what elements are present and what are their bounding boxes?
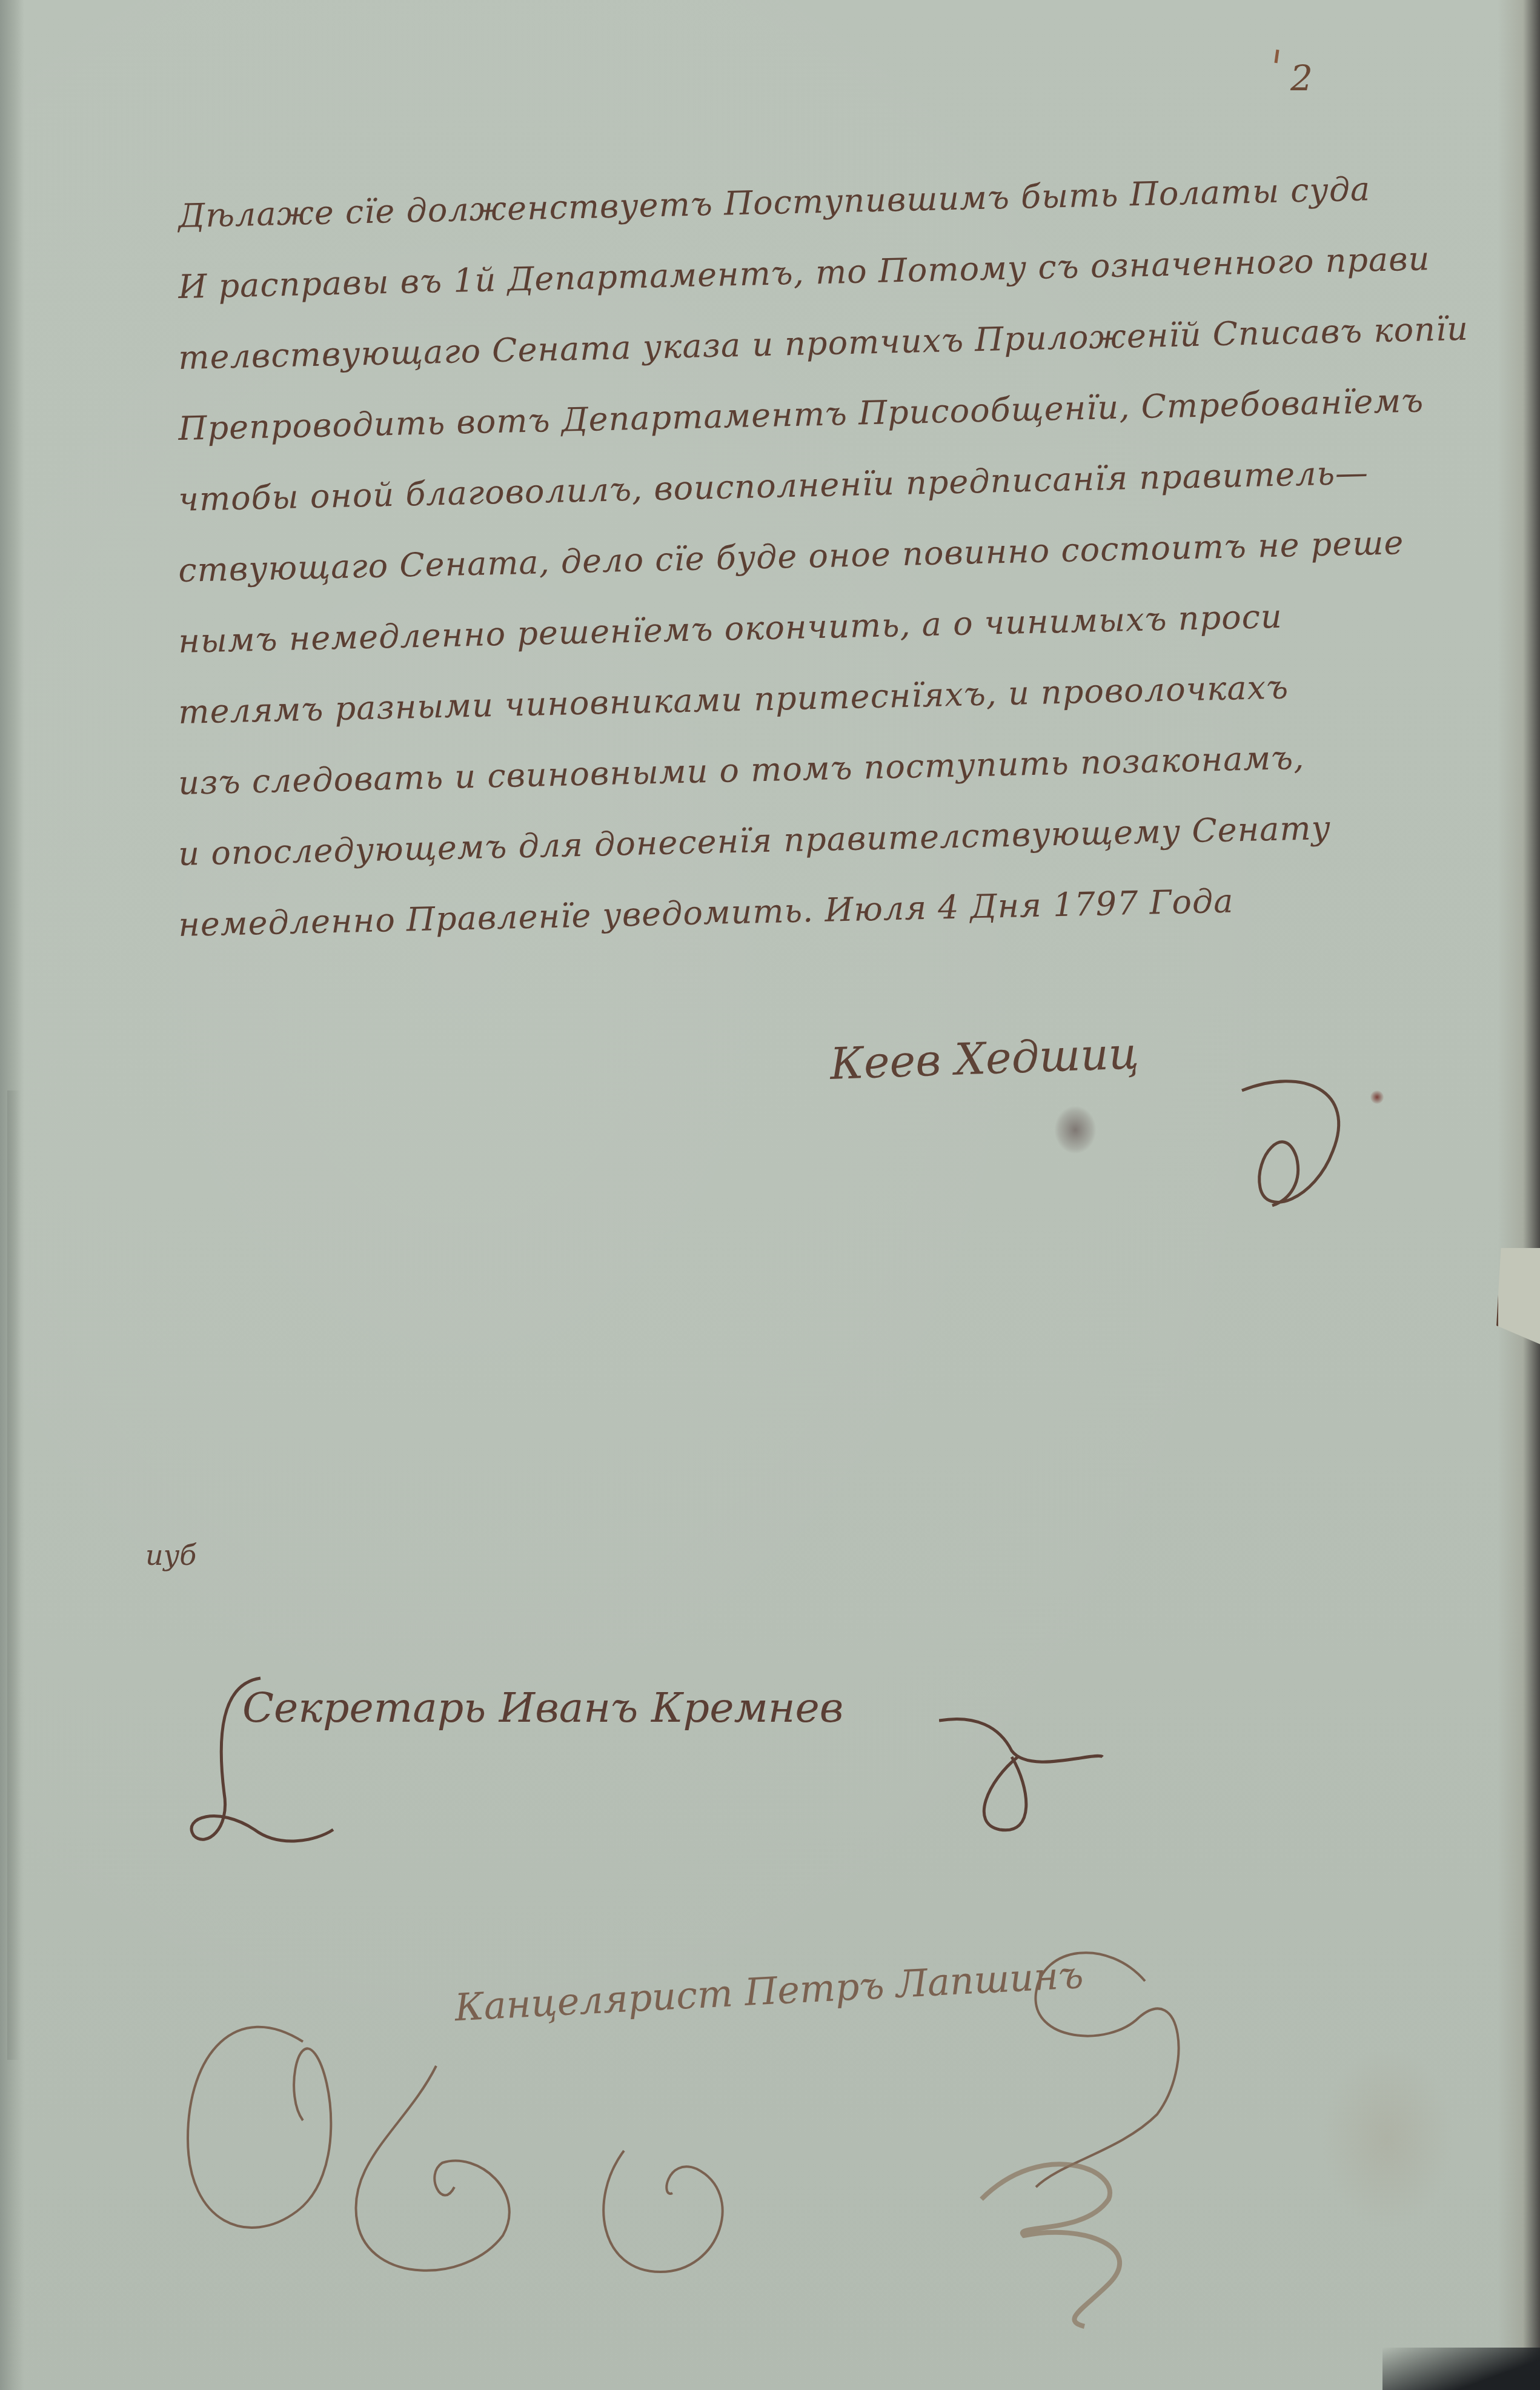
signature-third: Канцелярист Петръ Лапшинъ	[454, 1953, 1084, 2030]
signature-flourish-icon	[1230, 1066, 1363, 1224]
folio-mark	[1274, 50, 1279, 63]
marginal-note: иуб	[145, 1539, 196, 1572]
ink-dot	[1370, 1090, 1384, 1104]
document-body: Дѣлаже сїе долженствуетъ Поступившимъ бы…	[179, 197, 1481, 977]
scan-background-corner	[1382, 2348, 1540, 2390]
page-right-edge	[1498, 0, 1540, 2390]
signature-flourish-icon	[939, 1714, 1109, 1848]
folio-number: 2	[1290, 58, 1313, 99]
manuscript-page: 2 Дѣлаже сїе долженствуетъ Поступившимъ …	[0, 0, 1540, 2390]
spine-fold	[7, 1090, 21, 2060]
water-stain	[1321, 2048, 1454, 2229]
signature-first: Кеев Хедшиц	[829, 1027, 1140, 1089]
ink-blot	[1054, 1106, 1097, 1154]
signature-second: Секретарь Иванъ Кремнев	[242, 1684, 843, 1732]
